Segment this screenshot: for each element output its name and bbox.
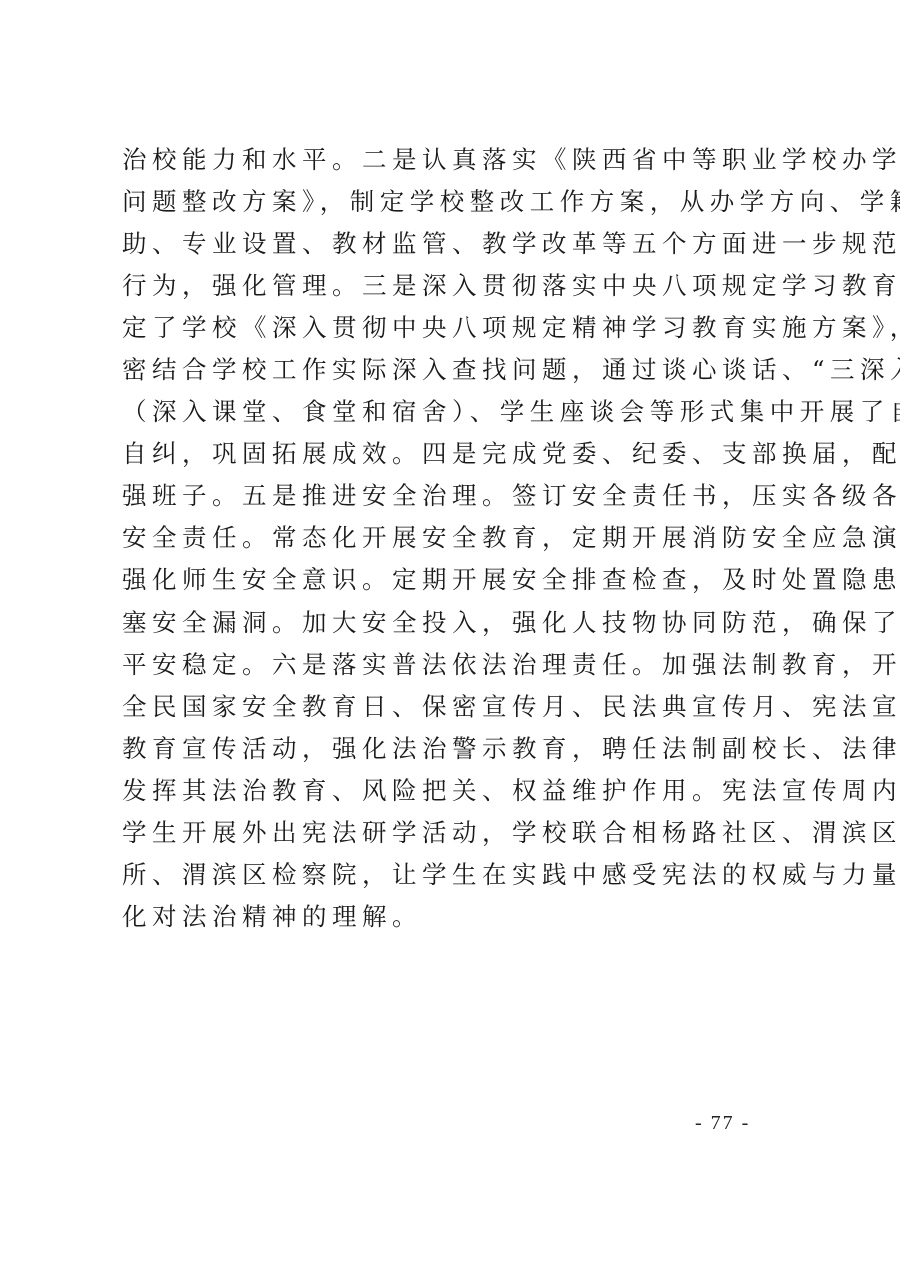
text-line: 定了学校《深入贯彻中央八项规定精神学习教育实施方案》，紧: [122, 307, 784, 349]
text-line: 问题整改方案》，制定学校整改工作方案，从办学方向、学籍资: [122, 181, 784, 223]
text-line: 化对法治精神的理解。: [122, 896, 784, 938]
text-line: 治校能力和水平。二是认真落实《陕西省中等职业学校办学行为: [122, 139, 784, 181]
text-line: 平安稳定。六是落实普法依法治理责任。加强法制教育，开展了: [122, 644, 784, 686]
text-line: 全民国家安全教育日、保密宣传月、民法典宣传月、宪法宣传周: [122, 686, 784, 728]
text-line: 发挥其法治教育、风险把关、权益维护作用。宪法宣传周内组织: [122, 770, 784, 812]
text-line: 教育宣传活动，强化法治警示教育，聘任法制副校长、法律顾问，: [122, 728, 784, 770]
text-line: 塞安全漏洞。加大安全投入，强化人技物协同防范，确保了校园: [122, 602, 784, 644]
text-line: 助、专业设置、教材监管、教学改革等五个方面进一步规范办学: [122, 223, 784, 265]
page-number: - 77 -: [695, 1112, 750, 1135]
text-line: 强化师生安全意识。定期开展安全排查检查，及时处置隐患，堵: [122, 559, 784, 601]
text-line: （深入课堂、食堂和宿舍）、学生座谈会等形式集中开展了自查: [122, 391, 784, 433]
text-line: 自纠，巩固拓展成效。四是完成党委、纪委、支部换届，配齐配: [122, 433, 784, 475]
text-line: 行为，强化管理。三是深入贯彻落实中央八项规定学习教育，制: [122, 265, 784, 307]
text-line: 学生开展外出宪法研学活动，学校联合相杨路社区、渭滨区司法: [122, 812, 784, 854]
text-line: 安全责任。常态化开展安全教育，定期开展消防安全应急演练，: [122, 517, 784, 559]
text-line: 密结合学校工作实际深入查找问题，通过谈心谈话、“三深入”: [122, 349, 784, 391]
text-line: 强班子。五是推进安全治理。签订安全责任书，压实各级各岗位: [122, 475, 784, 517]
text-line: 所、渭滨区检察院，让学生在实践中感受宪法的权威与力量，深: [122, 854, 784, 896]
body-text: 治校能力和水平。二是认真落实《陕西省中等职业学校办学行为 问题整改方案》，制定学…: [122, 139, 784, 938]
